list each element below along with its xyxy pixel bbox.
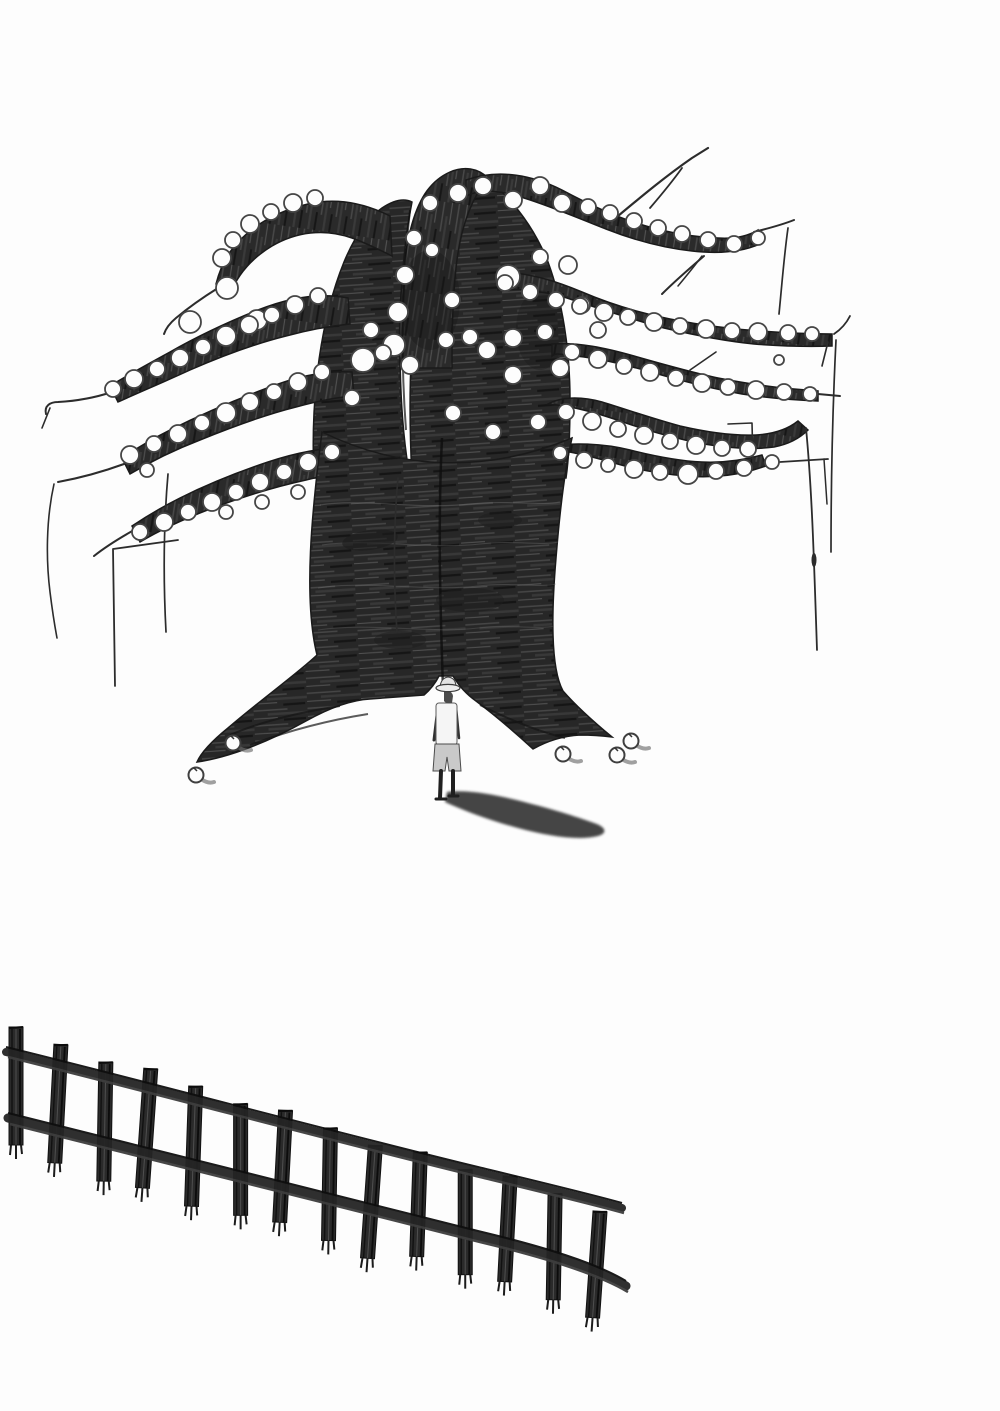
fruit-circle	[650, 220, 666, 236]
fruit-circle	[241, 215, 259, 233]
fruit-circle	[125, 370, 143, 388]
illustration-canvas	[0, 0, 1000, 1411]
twig-tip-left-3	[58, 464, 124, 482]
fruit-circle	[553, 194, 571, 212]
fence-picket-fray	[98, 1181, 99, 1191]
fruit-circle	[625, 460, 643, 478]
fruit-circle	[548, 292, 564, 308]
fruit-circle	[720, 379, 736, 395]
fruit-circle	[449, 184, 467, 202]
fallen-fruit	[189, 768, 215, 783]
fruit-circle	[241, 393, 259, 411]
person-shorts	[433, 744, 461, 771]
fruit-circle	[558, 404, 574, 420]
person-head	[444, 691, 453, 703]
fence-picket-fray	[509, 1282, 510, 1291]
fruit-circle	[780, 325, 796, 341]
fruit-circle	[266, 384, 282, 400]
fruit-circle	[726, 236, 742, 252]
fruit-circle	[626, 213, 642, 229]
fruit-circle	[504, 366, 522, 384]
hanging-line-right-2	[831, 340, 836, 552]
fruit-circle	[674, 226, 690, 242]
fence-picket-fray	[59, 1163, 60, 1172]
fruit-circle	[255, 495, 269, 509]
fruit-circle	[462, 329, 478, 345]
fruit-circle	[401, 356, 419, 374]
fence-picket-fray	[498, 1281, 500, 1291]
fence-picket-fray	[48, 1163, 50, 1173]
fruit-circle	[216, 277, 238, 299]
fruit-circle	[406, 230, 422, 246]
fence-picket-top-edge	[99, 1062, 113, 1063]
fruit-circle	[375, 345, 391, 361]
hanging-line-left-2	[164, 474, 168, 632]
fruit-circle	[602, 205, 618, 221]
fence-picket-fray	[586, 1317, 588, 1327]
person-shadow	[445, 791, 604, 838]
fence-picket-fray	[459, 1275, 460, 1285]
fruit-circle	[240, 316, 258, 334]
fence-picket-fray	[109, 1181, 110, 1190]
fence-picket-top-edge	[54, 1044, 68, 1046]
fruit-circle	[616, 358, 632, 374]
fruit-circle	[572, 298, 588, 314]
fruit-circle	[169, 425, 187, 443]
fallen-fruit	[624, 734, 650, 749]
fence-picket-fray	[410, 1256, 411, 1266]
fence-picket-fray	[547, 1300, 548, 1310]
fruit-circle	[289, 373, 307, 391]
fence	[6, 1027, 628, 1332]
fruit-circle	[149, 361, 165, 377]
fruit-circle	[635, 426, 653, 444]
fence-picket-fray	[185, 1206, 186, 1216]
fruit-circle	[805, 327, 819, 341]
fruit-circle	[774, 355, 784, 365]
fruit-circle	[344, 390, 360, 406]
fruit-circle	[749, 323, 767, 341]
fence-picket-fray	[10, 1145, 11, 1155]
hanging-line-right-5	[824, 459, 827, 504]
twig-tip-left-2	[46, 392, 112, 414]
fruit-circle	[251, 473, 269, 491]
fence-picket-fray	[54, 1163, 55, 1177]
fruit-circle	[687, 436, 705, 454]
fence-picket	[234, 1104, 248, 1230]
hanging-line-left	[47, 484, 57, 638]
person-leg-left	[440, 771, 441, 798]
hanging-line-left-corner	[113, 540, 178, 686]
fence-picket-fray	[284, 1223, 285, 1232]
fruit-circle	[652, 464, 668, 480]
fruit-circle	[553, 446, 567, 460]
fruit-circle	[445, 405, 461, 421]
fruit-circle	[146, 436, 162, 452]
fruit-circle	[700, 232, 716, 248]
fork-twig-right-2b	[678, 256, 702, 286]
fruit-circle	[307, 190, 323, 206]
fruit-circle	[532, 249, 548, 265]
fork-twig-right-3	[690, 352, 716, 370]
tree	[42, 148, 850, 762]
fruit-circle	[590, 322, 606, 338]
fruit-circle	[724, 323, 740, 339]
fence-picket-fray	[273, 1222, 275, 1232]
fence-picket-fray	[558, 1300, 559, 1309]
fruit-circle	[693, 374, 711, 392]
fence-picket-fray	[141, 1188, 142, 1202]
fruit-circle	[351, 348, 375, 372]
fruit-circle	[803, 387, 817, 401]
fruit-circle	[194, 415, 210, 431]
fruit-circle	[714, 440, 730, 456]
fence-picket-top-edge	[278, 1110, 292, 1112]
fruit-circle	[620, 309, 636, 325]
fruit-circle	[310, 288, 326, 304]
fruit-circle	[363, 322, 379, 338]
fence-picket-top-edge	[9, 1027, 23, 1028]
fruit-circle	[264, 307, 280, 323]
fruit-circle	[180, 504, 196, 520]
fruit-circle	[314, 364, 330, 380]
fork-twig-top-right-2	[650, 168, 682, 208]
fruit-circle	[595, 303, 613, 321]
fruit-circle	[438, 332, 454, 348]
fruit-circle	[589, 350, 607, 368]
fence-picket-fray	[592, 1318, 593, 1332]
person-hat-brim	[436, 684, 460, 691]
bark-blotch	[478, 512, 522, 528]
fruit-circle	[645, 313, 663, 331]
fruit-circle	[121, 446, 139, 464]
fruit-circle	[216, 403, 236, 423]
fruit-circle	[580, 199, 596, 215]
fence-picket-fray	[279, 1222, 280, 1236]
fence-picket-fray	[322, 1240, 323, 1250]
fence-picket-fray	[21, 1145, 22, 1154]
fruit-circle	[263, 204, 279, 220]
fruit-circle	[672, 318, 688, 334]
fruit-circle	[485, 424, 501, 440]
fruit-circle	[504, 329, 522, 347]
fruit-circle	[765, 455, 779, 469]
fence-picket	[409, 1152, 427, 1271]
fruit-circle	[747, 381, 765, 399]
hanging-line-right-4	[806, 428, 817, 650]
fruit-circle	[478, 341, 496, 359]
fruit-circle	[291, 485, 305, 499]
fruit-circle	[708, 463, 724, 479]
fruit-circle	[740, 441, 756, 457]
fruit-circle	[522, 284, 538, 300]
fruit-circle	[576, 452, 592, 468]
fence-picket-fray	[361, 1258, 363, 1268]
fruit-circle	[105, 381, 121, 397]
fallen-fruit	[556, 747, 582, 762]
fruit-circle	[396, 266, 414, 284]
hanging-line-knot	[812, 553, 817, 567]
fence-picket-fray	[372, 1259, 374, 1268]
paper-page: Ink drawing: giant dark tree hung with r…	[0, 0, 1000, 1411]
person-shirt	[436, 703, 457, 745]
fruit-circle	[276, 464, 292, 480]
fence-picket-fray	[504, 1282, 505, 1296]
bark-blotch	[374, 631, 426, 649]
fruit-circle	[422, 195, 438, 211]
fruit-circle	[564, 344, 580, 360]
fruit-circle	[668, 370, 684, 386]
fruit-circle	[678, 464, 698, 484]
fence-picket-fray	[333, 1241, 334, 1250]
fruit-circle	[537, 324, 553, 340]
fruit-circle	[751, 231, 765, 245]
fruit-circle	[228, 484, 244, 500]
fruit-circle	[697, 320, 715, 338]
fence-picket-fray	[136, 1187, 138, 1197]
fruit-circle	[776, 384, 792, 400]
fence-picket-top-edge	[593, 1211, 607, 1213]
fence-picket-fray	[367, 1258, 368, 1272]
bark-blotch	[436, 588, 504, 612]
fruit-circle	[299, 453, 317, 471]
fruit-circle	[213, 249, 231, 267]
fence-picket-fray	[147, 1188, 149, 1197]
fruit-circle	[662, 433, 678, 449]
fruit-circle	[610, 421, 626, 437]
fruit-circle	[497, 275, 513, 291]
fence-picket-fray	[235, 1215, 236, 1225]
fruit-circle	[179, 311, 201, 333]
fallen-fruit	[610, 748, 636, 763]
fruit-circle	[551, 359, 569, 377]
fruit-circle	[195, 339, 211, 355]
ground-scene	[189, 677, 650, 838]
fence-picket-top-edge	[144, 1068, 158, 1070]
fruit-circle	[140, 463, 154, 477]
fruit-circle	[583, 412, 601, 430]
fence-picket-fray	[421, 1257, 422, 1266]
fruit-circle	[601, 458, 615, 472]
fence-picket-top-edge	[189, 1086, 203, 1087]
fruit-circle	[530, 414, 546, 430]
fence-picket	[9, 1027, 23, 1159]
fruit-circle	[425, 243, 439, 257]
fruit-circle	[444, 292, 460, 308]
fence-picket-fray	[246, 1215, 247, 1224]
fruit-circle	[736, 460, 752, 476]
fence-picket-fray	[597, 1318, 599, 1327]
hanging-line-right-1	[779, 228, 788, 314]
fruit-circle	[132, 524, 148, 540]
fruit-circle	[155, 513, 173, 531]
fork-twig-top-right	[618, 148, 708, 216]
fruit-circle	[171, 349, 189, 367]
fruit-circle	[225, 232, 241, 248]
fruit-circle	[641, 363, 659, 381]
fruit-circle	[388, 302, 408, 322]
twig-hook-right-2	[834, 316, 850, 334]
fruit-circle	[284, 194, 302, 212]
fruit-circle	[474, 177, 492, 195]
fruit-circle	[324, 444, 340, 460]
fruit-circle	[219, 505, 233, 519]
fruit-circle	[504, 191, 522, 209]
fruit-circle	[216, 326, 236, 346]
fruit-circle	[559, 256, 577, 274]
fruit-circle	[531, 177, 549, 195]
fruit-circle	[286, 296, 304, 314]
fence-picket-fray	[196, 1206, 197, 1215]
fruit-circle	[203, 493, 221, 511]
twig-tip-left-4	[94, 530, 134, 556]
person-figure	[433, 677, 461, 799]
fence-picket-fray	[470, 1275, 471, 1284]
